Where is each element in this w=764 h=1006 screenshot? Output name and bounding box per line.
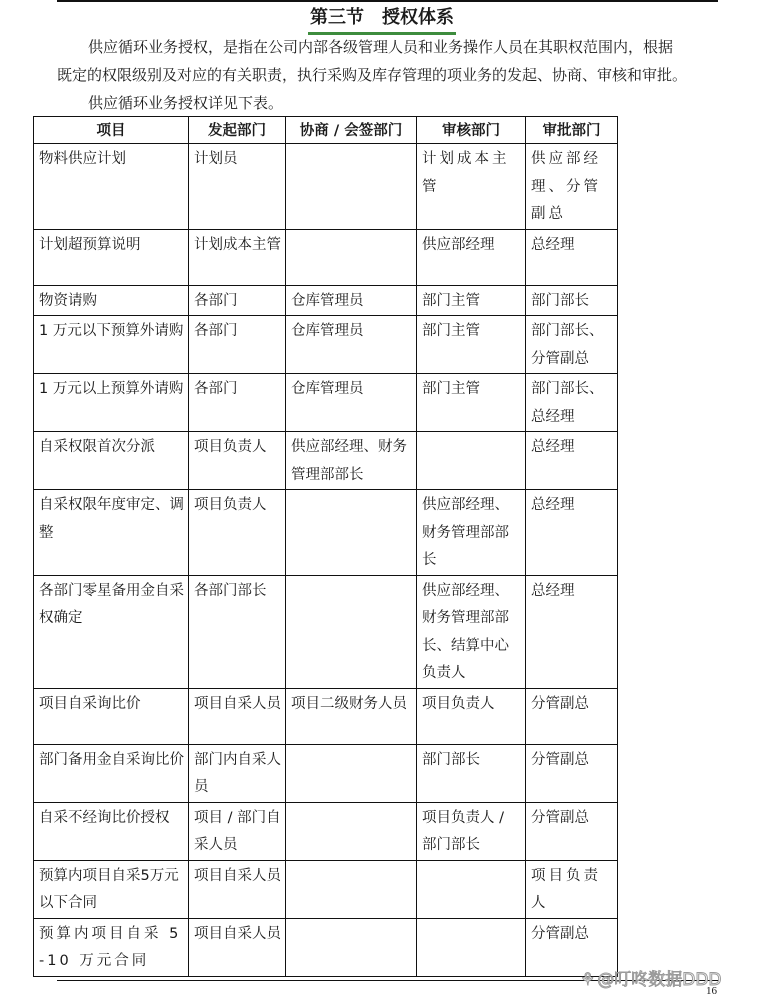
cell-item: 1 万元以上预算外请购 <box>34 374 189 432</box>
cell-consult: 仓库管理员 <box>286 285 417 316</box>
cell-initiator: 项目自采人员 <box>189 688 286 744</box>
cell-initiator: 项目负责人 <box>189 490 286 576</box>
watermark-text: @叮咚数据DDD <box>597 970 721 990</box>
cell-consult <box>286 918 417 976</box>
cell-approver: 部门部长 <box>526 285 618 316</box>
table-row: 物料供应计划 计划员 计划成本主管 供应部经理、分管副总 <box>34 144 618 230</box>
cell-reviewer <box>417 918 526 976</box>
intro-paragraph-line-2: 既定的权限级别及对应的有关职责，执行采购及库存管理的项业务的发起、协商、审核和审… <box>57 65 687 85</box>
cell-consult: 仓库管理员 <box>286 374 417 432</box>
cell-item: 计划超预算说明 <box>34 229 189 285</box>
header-consult: 协商 / 会签部门 <box>286 117 417 144</box>
cell-initiator: 项目 / 部门自采人员 <box>189 802 286 860</box>
top-rule <box>57 0 718 2</box>
table-row: 各部门零星备用金自采权确定 各部门部长 供应部经理、财务管理部部长、结算中心负责… <box>34 575 618 688</box>
cell-initiator: 部门内自采人员 <box>189 744 286 802</box>
cell-approver: 部门部长、分管副总 <box>526 316 618 374</box>
header-approver: 审批部门 <box>526 117 618 144</box>
cell-consult: 供应部经理、财务管理部部长 <box>286 432 417 490</box>
header-item: 项目 <box>34 117 189 144</box>
cell-consult <box>286 575 417 688</box>
cell-initiator: 计划成本主管 <box>189 229 286 285</box>
cell-consult <box>286 229 417 285</box>
cell-approver: 总经理 <box>526 432 618 490</box>
cell-consult <box>286 860 417 918</box>
cell-consult <box>286 744 417 802</box>
cell-approver: 总经理 <box>526 575 618 688</box>
cell-approver: 部门部长、总经理 <box>526 374 618 432</box>
cell-item: 预算内项目自采 5-10 万元合同 <box>34 918 189 976</box>
cell-approver: 总经理 <box>526 229 618 285</box>
cell-item: 部门备用金自采询比价 <box>34 744 189 802</box>
cell-initiator: 各部门 <box>189 316 286 374</box>
section-title: 第三节 授权体系 <box>308 6 456 35</box>
table-row: 预算内项目自采 5-10 万元合同 项目自采人员 分管副总 <box>34 918 618 976</box>
table-intro: 供应循环业务授权详见下表。 <box>88 93 283 113</box>
cell-item: 物料供应计划 <box>34 144 189 230</box>
cell-approver: 供应部经理、分管副总 <box>526 144 618 230</box>
cell-initiator: 各部门部长 <box>189 575 286 688</box>
table-row: 部门备用金自采询比价 部门内自采人员 部门部长 分管副总 <box>34 744 618 802</box>
cell-reviewer: 供应部经理 <box>417 229 526 285</box>
cell-item: 项目自采询比价 <box>34 688 189 744</box>
table-row: 物资请购 各部门 仓库管理员 部门主管 部门部长 <box>34 285 618 316</box>
cell-reviewer: 部门主管 <box>417 316 526 374</box>
cell-reviewer: 供应部经理、财务管理部部长、结算中心负责人 <box>417 575 526 688</box>
table-row: 计划超预算说明 计划成本主管 供应部经理 总经理 <box>34 229 618 285</box>
table-row: 项目自采询比价 项目自采人员 项目二级财务人员 项目负责人 分管副总 <box>34 688 618 744</box>
cell-consult: 仓库管理员 <box>286 316 417 374</box>
cell-reviewer <box>417 860 526 918</box>
table-row: 自采不经询比价授权 项目 / 部门自采人员 项目负责人 / 部门部长 分管副总 <box>34 802 618 860</box>
cell-initiator: 项目自采人员 <box>189 860 286 918</box>
cell-approver: 项目负责人 <box>526 860 618 918</box>
cell-consult <box>286 144 417 230</box>
cell-initiator: 各部门 <box>189 374 286 432</box>
table-row: 预算内项目自采5万元以下合同 项目自采人员 项目负责人 <box>34 860 618 918</box>
paw-icon: ⚘ <box>580 970 595 990</box>
cell-approver: 分管副总 <box>526 802 618 860</box>
cell-item: 预算内项目自采5万元以下合同 <box>34 860 189 918</box>
cell-item: 自采不经询比价授权 <box>34 802 189 860</box>
cell-consult <box>286 490 417 576</box>
cell-approver: 总经理 <box>526 490 618 576</box>
header-reviewer: 审核部门 <box>417 117 526 144</box>
cell-consult <box>286 802 417 860</box>
authorization-table: 项目 发起部门 协商 / 会签部门 审核部门 审批部门 物料供应计划 计划员 计… <box>33 116 618 977</box>
section-title-wrapper: 第三节 授权体系 <box>0 6 764 35</box>
table-row: 自采权限年度审定、调整 项目负责人 供应部经理、财务管理部部长 总经理 <box>34 490 618 576</box>
cell-consult: 项目二级财务人员 <box>286 688 417 744</box>
watermark: ⚘@叮咚数据DDD <box>580 965 722 990</box>
table-header-row: 项目 发起部门 协商 / 会签部门 审核部门 审批部门 <box>34 117 618 144</box>
cell-item: 自采权限年度审定、调整 <box>34 490 189 576</box>
cell-reviewer <box>417 432 526 490</box>
table-row: 1 万元以上预算外请购 各部门 仓库管理员 部门主管 部门部长、总经理 <box>34 374 618 432</box>
cell-item: 物资请购 <box>34 285 189 316</box>
table-row: 1 万元以下预算外请购 各部门 仓库管理员 部门主管 部门部长、分管副总 <box>34 316 618 374</box>
cell-item: 自采权限首次分派 <box>34 432 189 490</box>
intro-paragraph-line-1: 供应循环业务授权，是指在公司内部各级管理人员和业务操作人员在其职权范围内，根据 <box>88 37 673 57</box>
cell-reviewer: 部门主管 <box>417 285 526 316</box>
cell-reviewer: 计划成本主管 <box>417 144 526 230</box>
cell-initiator: 项目负责人 <box>189 432 286 490</box>
cell-item: 1 万元以下预算外请购 <box>34 316 189 374</box>
page-number: 16 <box>706 985 717 997</box>
cell-reviewer: 供应部经理、财务管理部部长 <box>417 490 526 576</box>
header-initiator: 发起部门 <box>189 117 286 144</box>
cell-item: 各部门零星备用金自采权确定 <box>34 575 189 688</box>
table-row: 自采权限首次分派 项目负责人 供应部经理、财务管理部部长 总经理 <box>34 432 618 490</box>
cell-approver: 分管副总 <box>526 744 618 802</box>
cell-reviewer: 项目负责人 <box>417 688 526 744</box>
cell-initiator: 各部门 <box>189 285 286 316</box>
cell-reviewer: 部门主管 <box>417 374 526 432</box>
cell-reviewer: 部门部长 <box>417 744 526 802</box>
cell-initiator: 项目自采人员 <box>189 918 286 976</box>
cell-reviewer: 项目负责人 / 部门部长 <box>417 802 526 860</box>
cell-approver: 分管副总 <box>526 688 618 744</box>
cell-initiator: 计划员 <box>189 144 286 230</box>
